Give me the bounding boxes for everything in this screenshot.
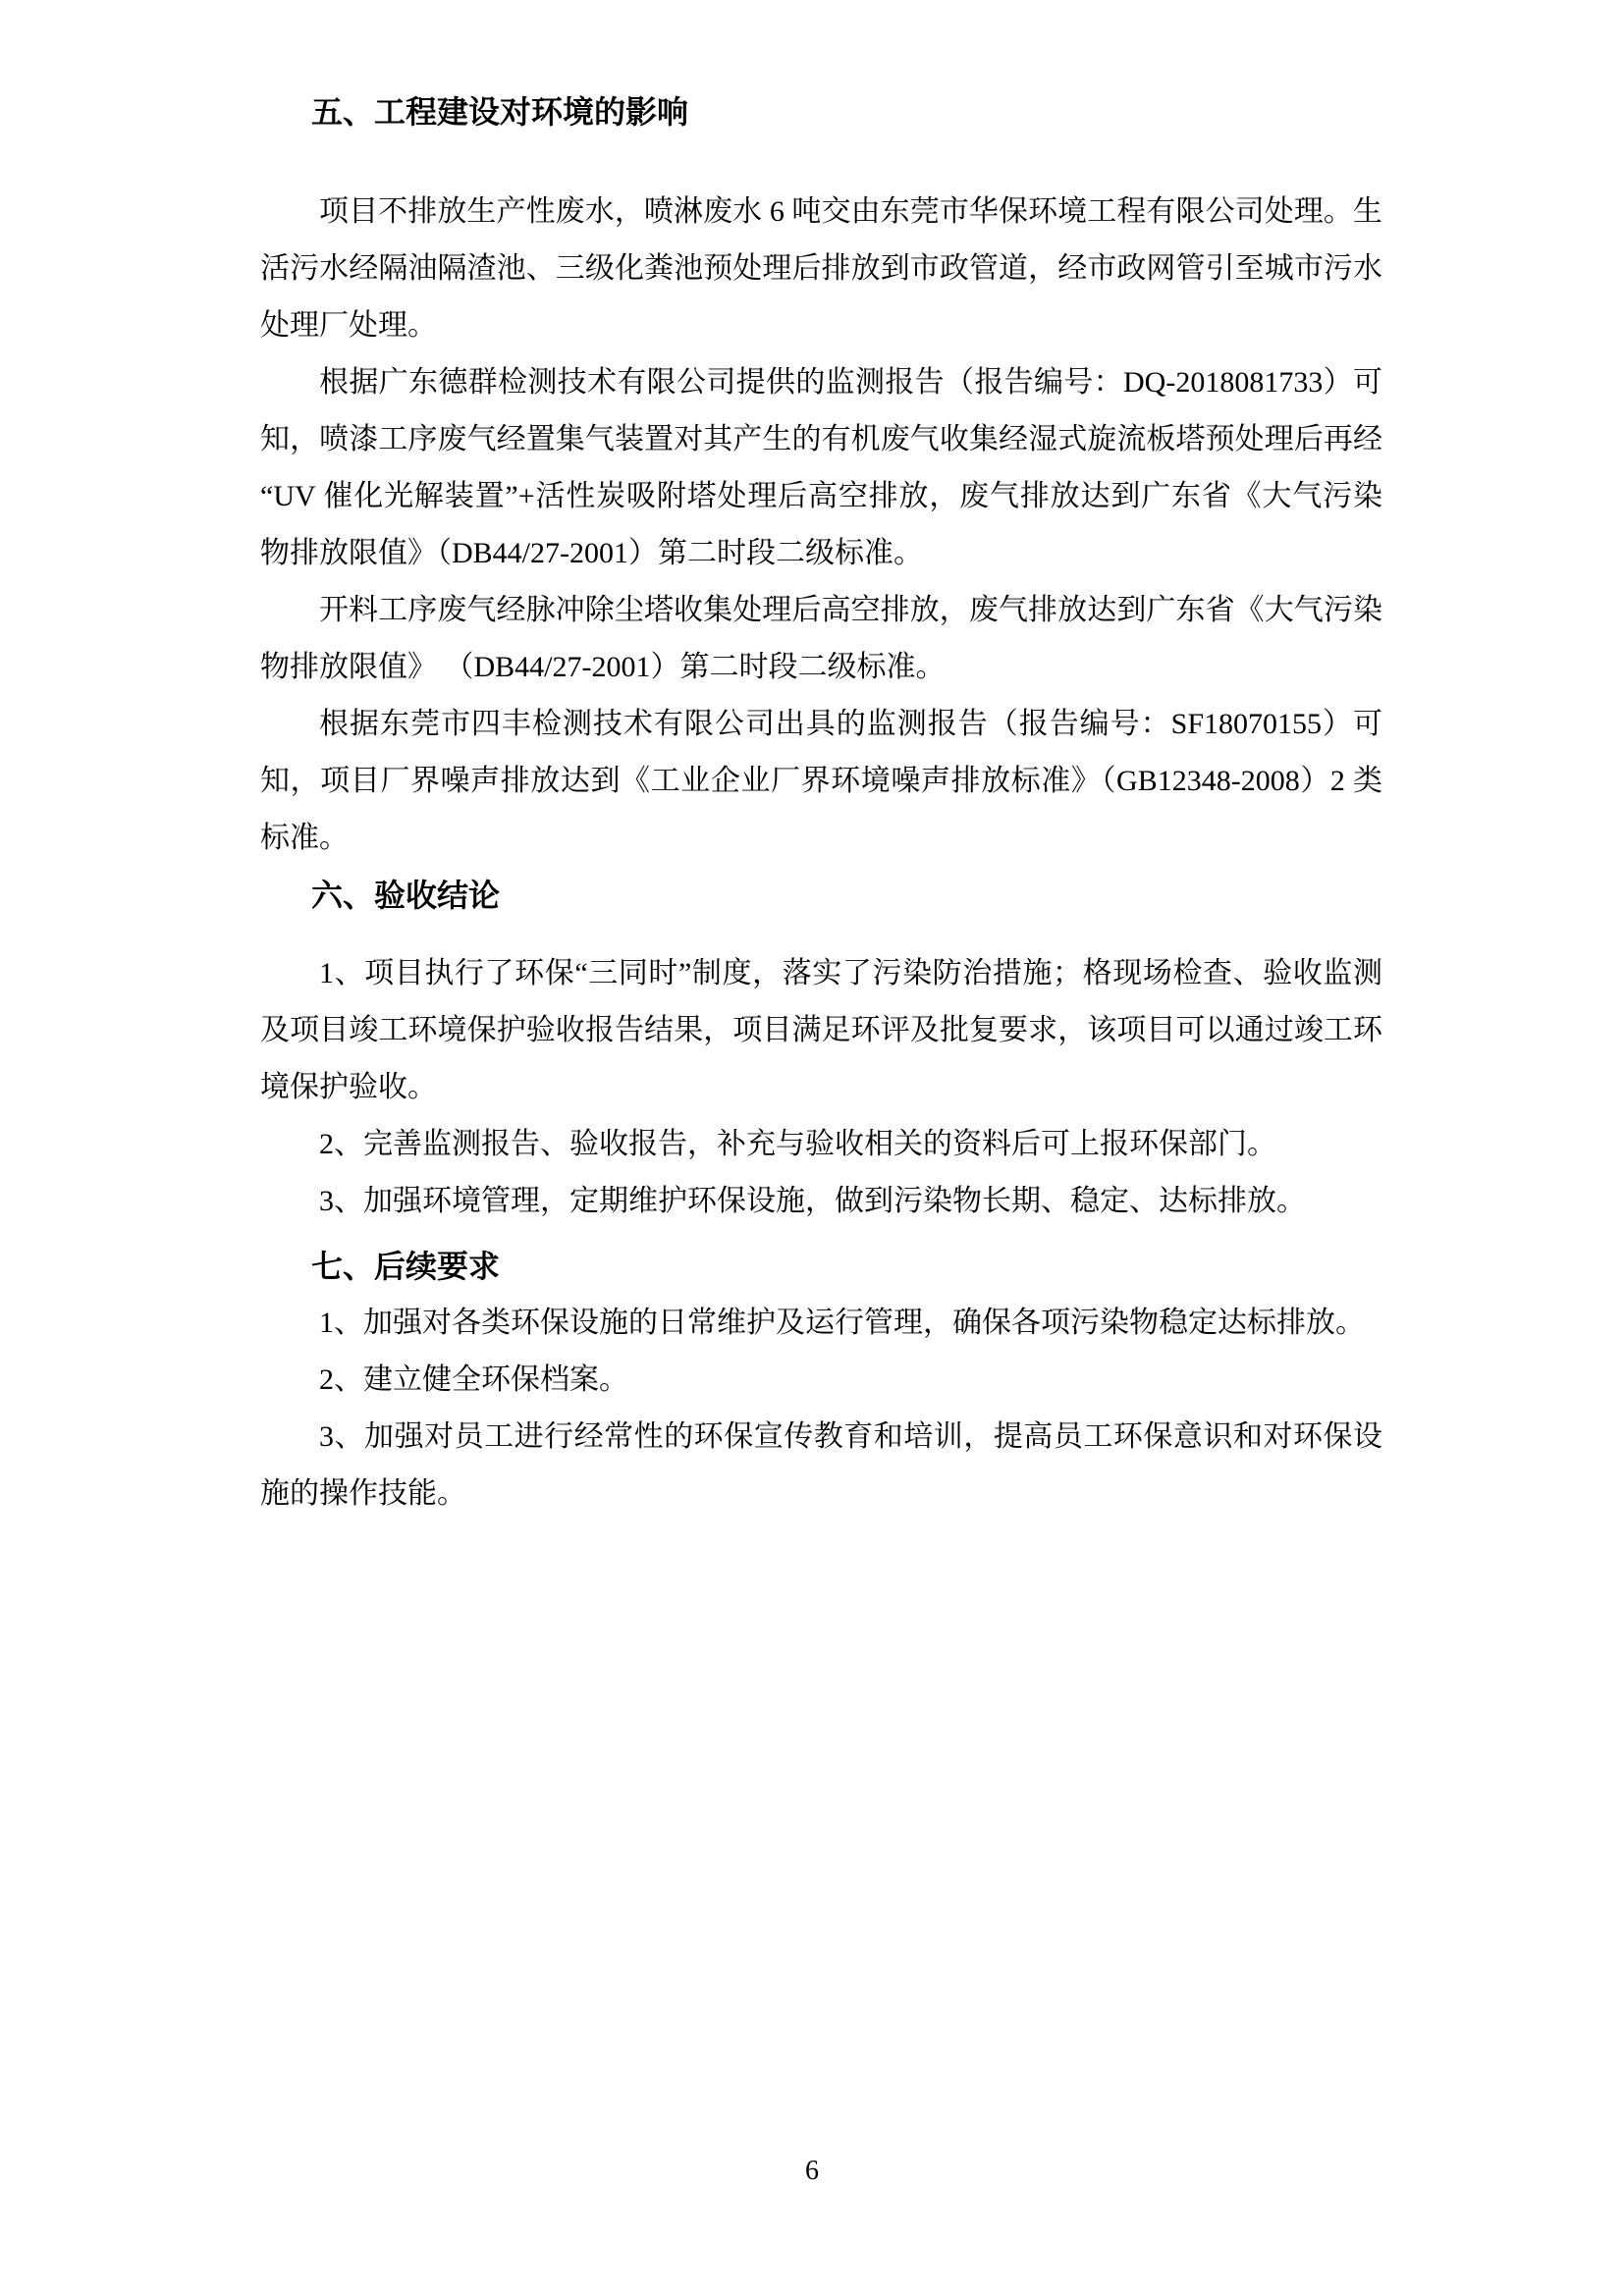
section-heading-conclusion: 六、验收结论 bbox=[260, 867, 1382, 924]
followup-item-2: 2、建立健全环保档案。 bbox=[260, 1352, 1382, 1409]
paragraph-wastewater: 项目不排放生产性废水，喷淋废水 6 吨交由东莞市华保环境工程有限公司处理。生活污… bbox=[260, 184, 1382, 354]
document-page: 五、工程建设对环境的影响 项目不排放生产性废水，喷淋废水 6 吨交由东莞市华保环… bbox=[0, 0, 1624, 2296]
conclusion-item-1: 1、项目执行了环保“三同时”制度，落实了污染防治措施；格现场检查、验收监测及项目… bbox=[260, 945, 1382, 1116]
page-content: 五、工程建设对环境的影响 项目不排放生产性废水，喷淋废水 6 吨交由东莞市华保环… bbox=[260, 83, 1382, 1522]
paragraph-spray-exhaust: 根据广东德群检测技术有限公司提供的监测报告（报告编号：DQ-2018081733… bbox=[260, 354, 1382, 582]
paragraph-cutting-exhaust: 开料工序废气经脉冲除尘塔收集处理后高空排放，废气排放达到广东省《大气污染物排放限… bbox=[260, 582, 1382, 696]
followup-item-3: 3、加强对员工进行经常性的环保宣传教育和培训，提高员工环保意识和对环保设施的操作… bbox=[260, 1409, 1382, 1522]
section-heading-followup: 七、后续要求 bbox=[260, 1238, 1382, 1295]
page-number: 6 bbox=[0, 2155, 1624, 2188]
paragraph-noise: 根据东莞市四丰检测技术有限公司出具的监测报告（报告编号：SF18070155）可… bbox=[260, 696, 1382, 867]
conclusion-item-2: 2、完善监测报告、验收报告，补充与验收相关的资料后可上报环保部门。 bbox=[260, 1116, 1382, 1173]
section-heading-impact: 五、工程建设对环境的影响 bbox=[260, 83, 1382, 140]
conclusion-item-3: 3、加强环境管理，定期维护环保设施，做到污染物长期、稳定、达标排放。 bbox=[260, 1173, 1382, 1230]
followup-item-1: 1、加强对各类环保设施的日常维护及运行管理，确保各项污染物稳定达标排放。 bbox=[260, 1295, 1382, 1352]
